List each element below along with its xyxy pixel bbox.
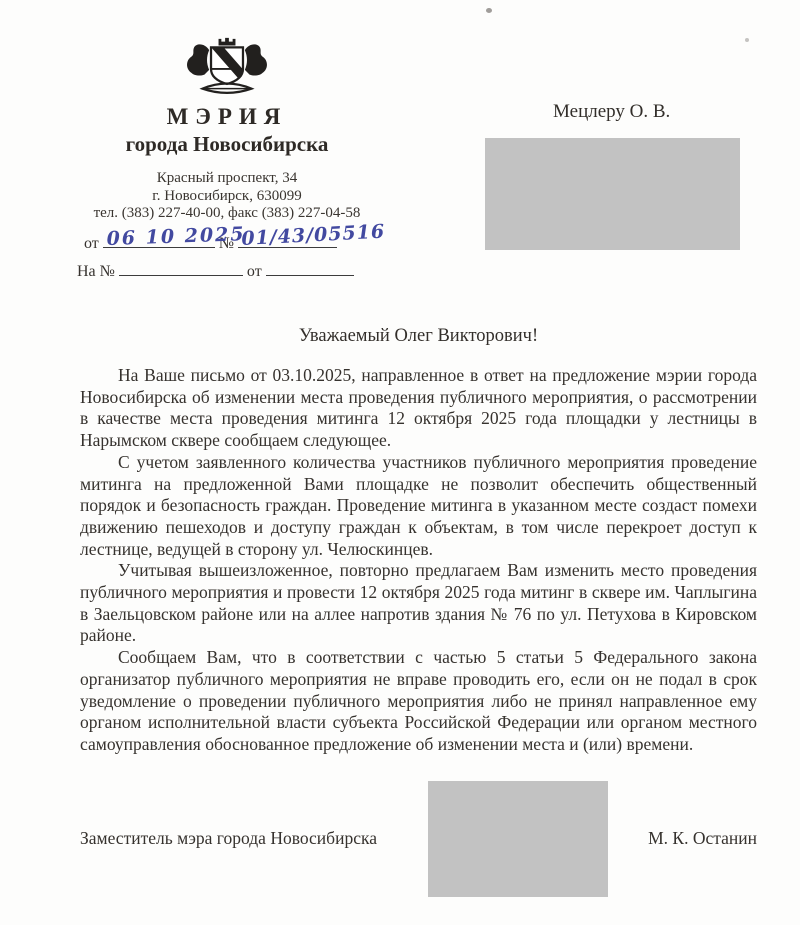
org-address-street: Красный проспект, 34 bbox=[62, 170, 392, 188]
paragraph-3: Учитывая вышеизложенное, повторно предла… bbox=[80, 560, 757, 647]
outgoing-ref-row: от 06 10 2025 № 01/43/05516 bbox=[62, 232, 392, 256]
signer-position-title: Заместитель мэра города Новосибирска bbox=[80, 828, 377, 849]
org-phone-fax: тел. (383) 227-40-00, факс (383) 227-04-… bbox=[62, 205, 392, 223]
signer-name: М. К. Останин bbox=[648, 828, 757, 849]
handwritten-number: 01/43/05516 bbox=[241, 220, 386, 249]
scan-speck bbox=[486, 8, 492, 13]
letter-body: На Ваше письмо от 03.10.2025, направленн… bbox=[80, 365, 757, 756]
outgoing-date-blank: 06 10 2025 bbox=[103, 232, 215, 248]
outgoing-from-label: от bbox=[84, 235, 99, 252]
handwritten-date: 06 10 2025 bbox=[106, 223, 246, 250]
incoming-ref-row: На № от bbox=[62, 260, 392, 284]
signature-row: Заместитель мэра города Новосибирска М. … bbox=[80, 828, 757, 849]
org-address-city: г. Новосибирск, 630099 bbox=[62, 188, 392, 206]
scan-speck bbox=[745, 38, 749, 42]
paragraph-1: На Ваше письмо от 03.10.2025, направленн… bbox=[80, 365, 757, 452]
novosibirsk-coat-of-arms-icon bbox=[180, 34, 274, 102]
incoming-ref-label: На № bbox=[77, 263, 115, 280]
paragraph-4: Сообщаем Вам, что в соответствии с часть… bbox=[80, 647, 757, 756]
org-name-line1: МЭРИЯ bbox=[62, 104, 392, 130]
recipient-name: Мецлеру О. В. bbox=[553, 101, 670, 123]
incoming-number-blank bbox=[119, 260, 243, 276]
outgoing-number-blank: 01/43/05516 bbox=[238, 232, 337, 248]
redaction-box-recipient-address bbox=[485, 138, 740, 250]
letterhead: МЭРИЯ города Новосибирска Красный проспе… bbox=[62, 34, 392, 284]
incoming-from-label: от bbox=[247, 263, 262, 280]
incoming-date-blank bbox=[266, 260, 354, 276]
scanned-letter-page: МЭРИЯ города Новосибирска Красный проспе… bbox=[0, 0, 800, 925]
org-name-line2: города Новосибирска bbox=[62, 132, 392, 157]
salutation: Уважаемый Олег Викторович! bbox=[80, 326, 757, 347]
paragraph-2: С учетом заявленного количества участник… bbox=[80, 452, 757, 561]
